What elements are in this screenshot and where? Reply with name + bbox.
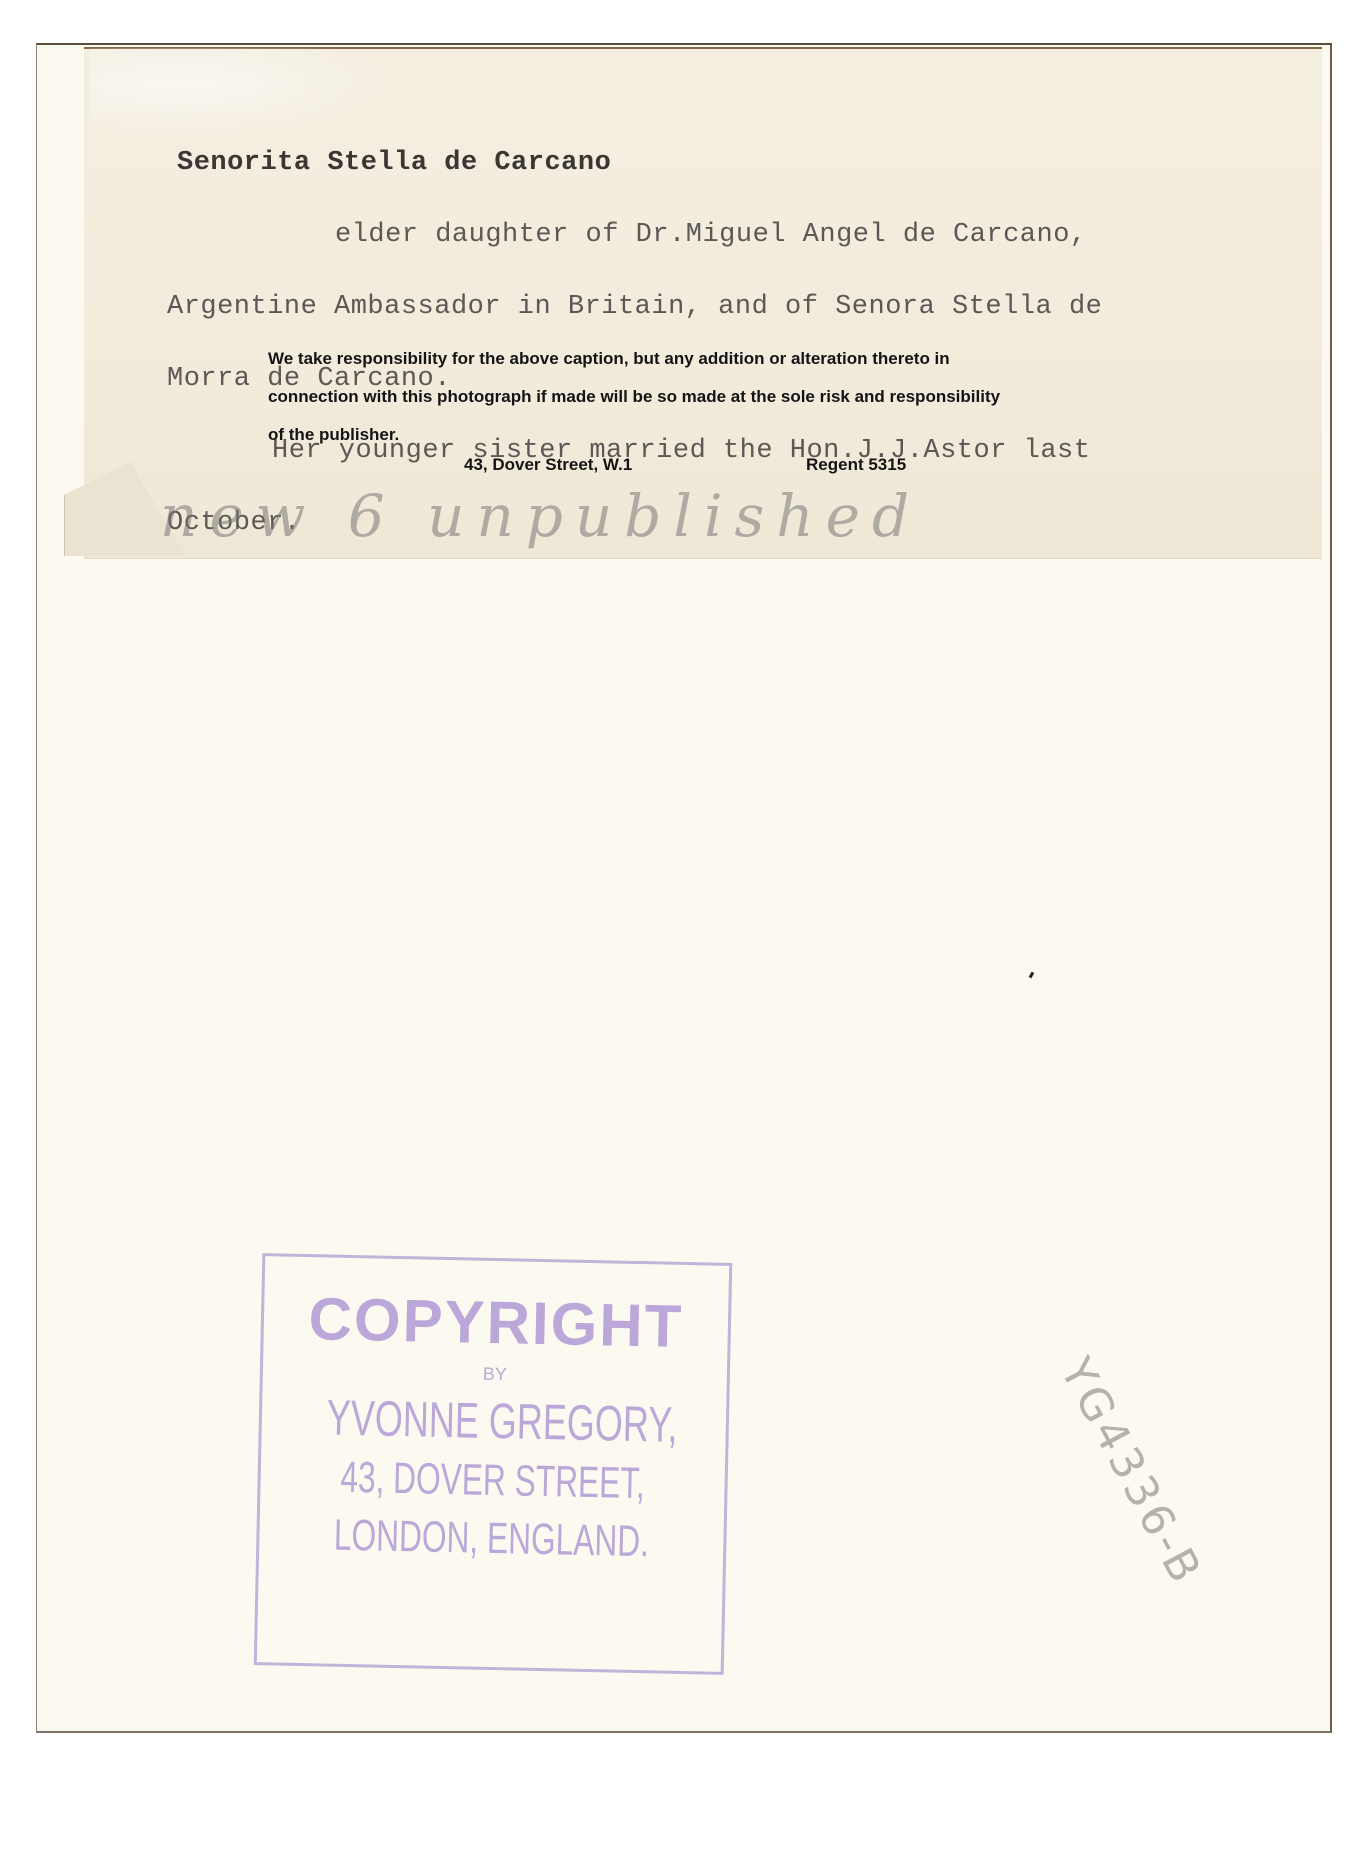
studio-phone: Regent 5315 [806, 455, 906, 475]
stamp-street: 43, DOVER STREET, [325, 1452, 660, 1511]
caption-title: Senorita Stella de Carcano [167, 151, 1287, 175]
stamp-by: BY [263, 1358, 727, 1390]
stamp-copyright: COPYRIGHT [263, 1286, 728, 1360]
caption-line: Argentine Ambassador in Britain, and of … [167, 295, 1287, 319]
stamp-city: LONDON, ENGLAND. [324, 1509, 659, 1568]
notice-line: We take responsibility for the above cap… [268, 340, 1148, 378]
caption-line: elder daughter of Dr.Miguel Angel de Car… [167, 223, 1287, 247]
notice-line: of the publisher. [268, 416, 1148, 454]
handwritten-note: new 6 unpublished [160, 482, 921, 550]
responsibility-notice: We take responsibility for the above cap… [268, 340, 1148, 454]
studio-address: 43, Dover Street, W.1 [464, 455, 632, 475]
notice-line: connection with this photograph if made … [268, 378, 1148, 416]
copyright-stamp: COPYRIGHT BY YVONNE GREGORY, 43, DOVER S… [254, 1253, 733, 1675]
stamp-studio-name: YVONNE GREGORY, [326, 1390, 661, 1453]
